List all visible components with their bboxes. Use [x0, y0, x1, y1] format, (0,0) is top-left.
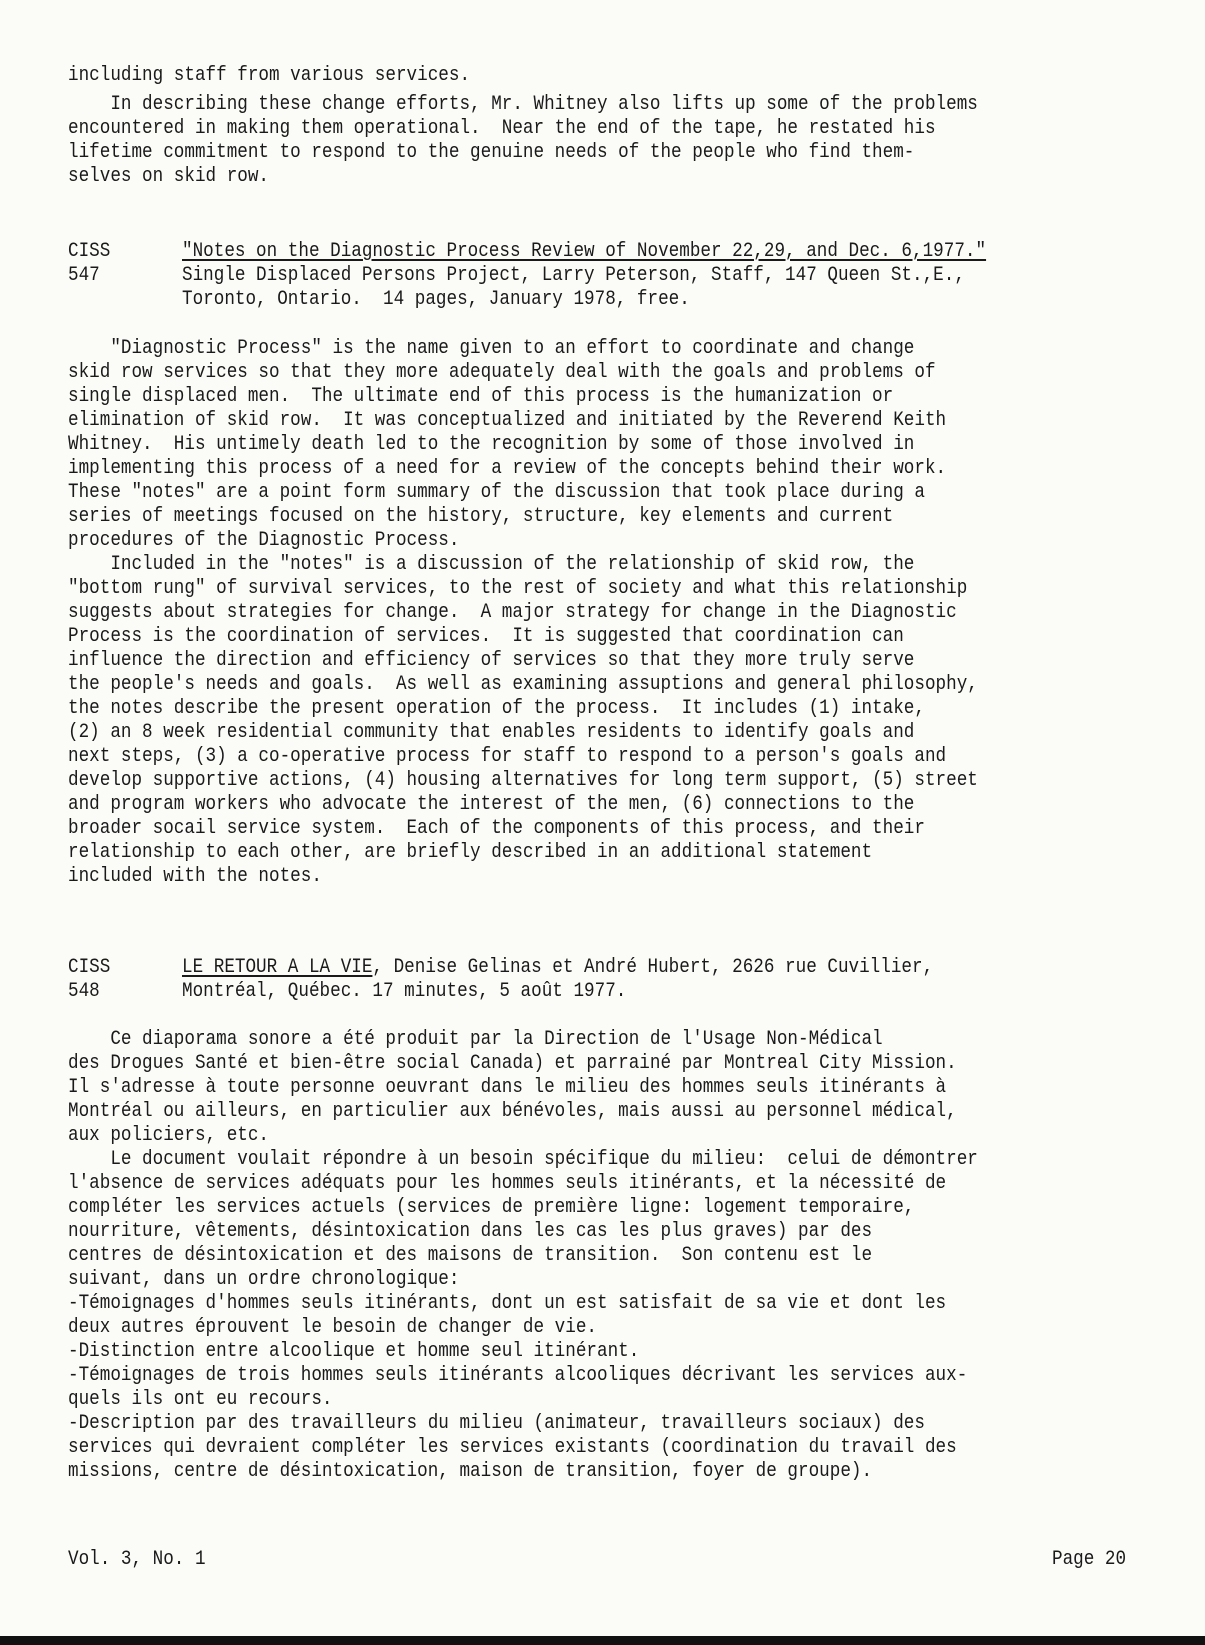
- text-line: quels ils ont eu recours.: [68, 1388, 333, 1412]
- text-line: lifetime commitment to respond to the ge…: [68, 141, 914, 165]
- text-line: skid row services so that they more adeq…: [68, 361, 936, 385]
- text-line: next steps, (3) a co-operative process f…: [68, 745, 946, 769]
- text-line: suivant, dans un ordre chronologique:: [68, 1268, 459, 1292]
- entry-title: LE RETOUR A LA VIE: [182, 956, 372, 979]
- text-line: des Drogues Santé et bien-être social Ca…: [68, 1052, 957, 1076]
- text-line: suggests about strategies for change. A …: [68, 601, 957, 625]
- entry-title: "Notes on the Diagnostic Process Review …: [182, 240, 986, 264]
- text-line: -Distinction entre alcoolique et homme s…: [68, 1340, 639, 1364]
- text-line: Whitney. His untimely death led to the r…: [68, 433, 914, 457]
- text-line: centres de désintoxication et des maison…: [68, 1244, 872, 1268]
- text-line: Process is the coordination of services.…: [68, 625, 904, 649]
- text-line: selves on skid row.: [68, 165, 269, 189]
- text-line: elimination of skid row. It was conceptu…: [68, 409, 946, 433]
- text-line: deux autres éprouvent le besoin de chang…: [68, 1316, 597, 1340]
- text-line: encountered in making them operational. …: [68, 117, 936, 141]
- text-line: -Témoignages d'hommes seuls itinérants, …: [68, 1292, 946, 1316]
- entry-code-number: 547: [68, 264, 100, 288]
- text-line: Montréal ou ailleurs, en particulier aux…: [68, 1100, 957, 1124]
- text-line: procedures of the Diagnostic Process.: [68, 529, 459, 553]
- text-line: Ce diaporama sonore a été produit par la…: [68, 1028, 883, 1052]
- entry-code-label: CISS: [68, 956, 110, 980]
- text-line: the people's needs and goals. As well as…: [68, 673, 978, 697]
- text-line: missions, centre de désintoxication, mai…: [68, 1460, 872, 1484]
- text-line: single displaced men. The ultimate end o…: [68, 385, 893, 409]
- text-line: series of meetings focused on the histor…: [68, 505, 893, 529]
- text-line: services qui devraient compléter les ser…: [68, 1436, 957, 1460]
- text-line: Le document voulait répondre à un besoin…: [68, 1148, 978, 1172]
- text-line: broader socail service system. Each of t…: [68, 817, 925, 841]
- text-line: included with the notes.: [68, 865, 322, 889]
- text-line: Il s'adresse à toute personne oeuvrant d…: [68, 1076, 946, 1100]
- text-line: aux policiers, etc.: [68, 1124, 269, 1148]
- text-line: These "notes" are a point form summary o…: [68, 481, 925, 505]
- entry-title-suffix: , Denise Gelinas et André Hubert, 2626 r…: [372, 956, 933, 979]
- text-line: "Diagnostic Process" is the name given t…: [68, 337, 914, 361]
- page-number: Page 20: [1052, 1548, 1126, 1572]
- text-line: "bottom rung" of survival services, to t…: [68, 577, 967, 601]
- entry-citation-line: Toronto, Ontario. 14 pages, January 1978…: [182, 288, 690, 312]
- entry-title-line: LE RETOUR A LA VIE, Denise Gelinas et An…: [182, 956, 933, 980]
- document-page: including staff from various services. I…: [0, 0, 1205, 1645]
- text-line: compléter les services actuels (services…: [68, 1196, 914, 1220]
- text-line: implementing this process of a need for …: [68, 457, 946, 481]
- text-line: influence the direction and efficiency o…: [68, 649, 914, 673]
- text-line: -Témoignages de trois hommes seuls itiné…: [68, 1364, 967, 1388]
- entry-citation-line: Montréal, Québec. 17 minutes, 5 août 197…: [182, 980, 626, 1004]
- text-line: the notes describe the present operation…: [68, 697, 925, 721]
- entry-code-number: 548: [68, 980, 100, 1004]
- scan-edge-bar: [0, 1636, 1205, 1645]
- volume-label: Vol. 3, No. 1: [68, 1548, 206, 1572]
- entry-citation-line: Single Displaced Persons Project, Larry …: [182, 264, 965, 288]
- text-line: relationship to each other, are briefly …: [68, 841, 872, 865]
- text-line: l'absence de services adéquats pour les …: [68, 1172, 946, 1196]
- text-line: and program workers who advocate the int…: [68, 793, 914, 817]
- text-line: including staff from various services.: [68, 64, 470, 88]
- text-line: develop supportive actions, (4) housing …: [68, 769, 978, 793]
- entry-code-label: CISS: [68, 240, 110, 264]
- text-line: -Description par des travailleurs du mil…: [68, 1412, 925, 1436]
- text-line: nourriture, vêtements, désintoxication d…: [68, 1220, 872, 1244]
- text-line: Included in the "notes" is a discussion …: [68, 553, 914, 577]
- text-line: (2) an 8 week residential community that…: [68, 721, 914, 745]
- text-line: In describing these change efforts, Mr. …: [68, 93, 978, 117]
